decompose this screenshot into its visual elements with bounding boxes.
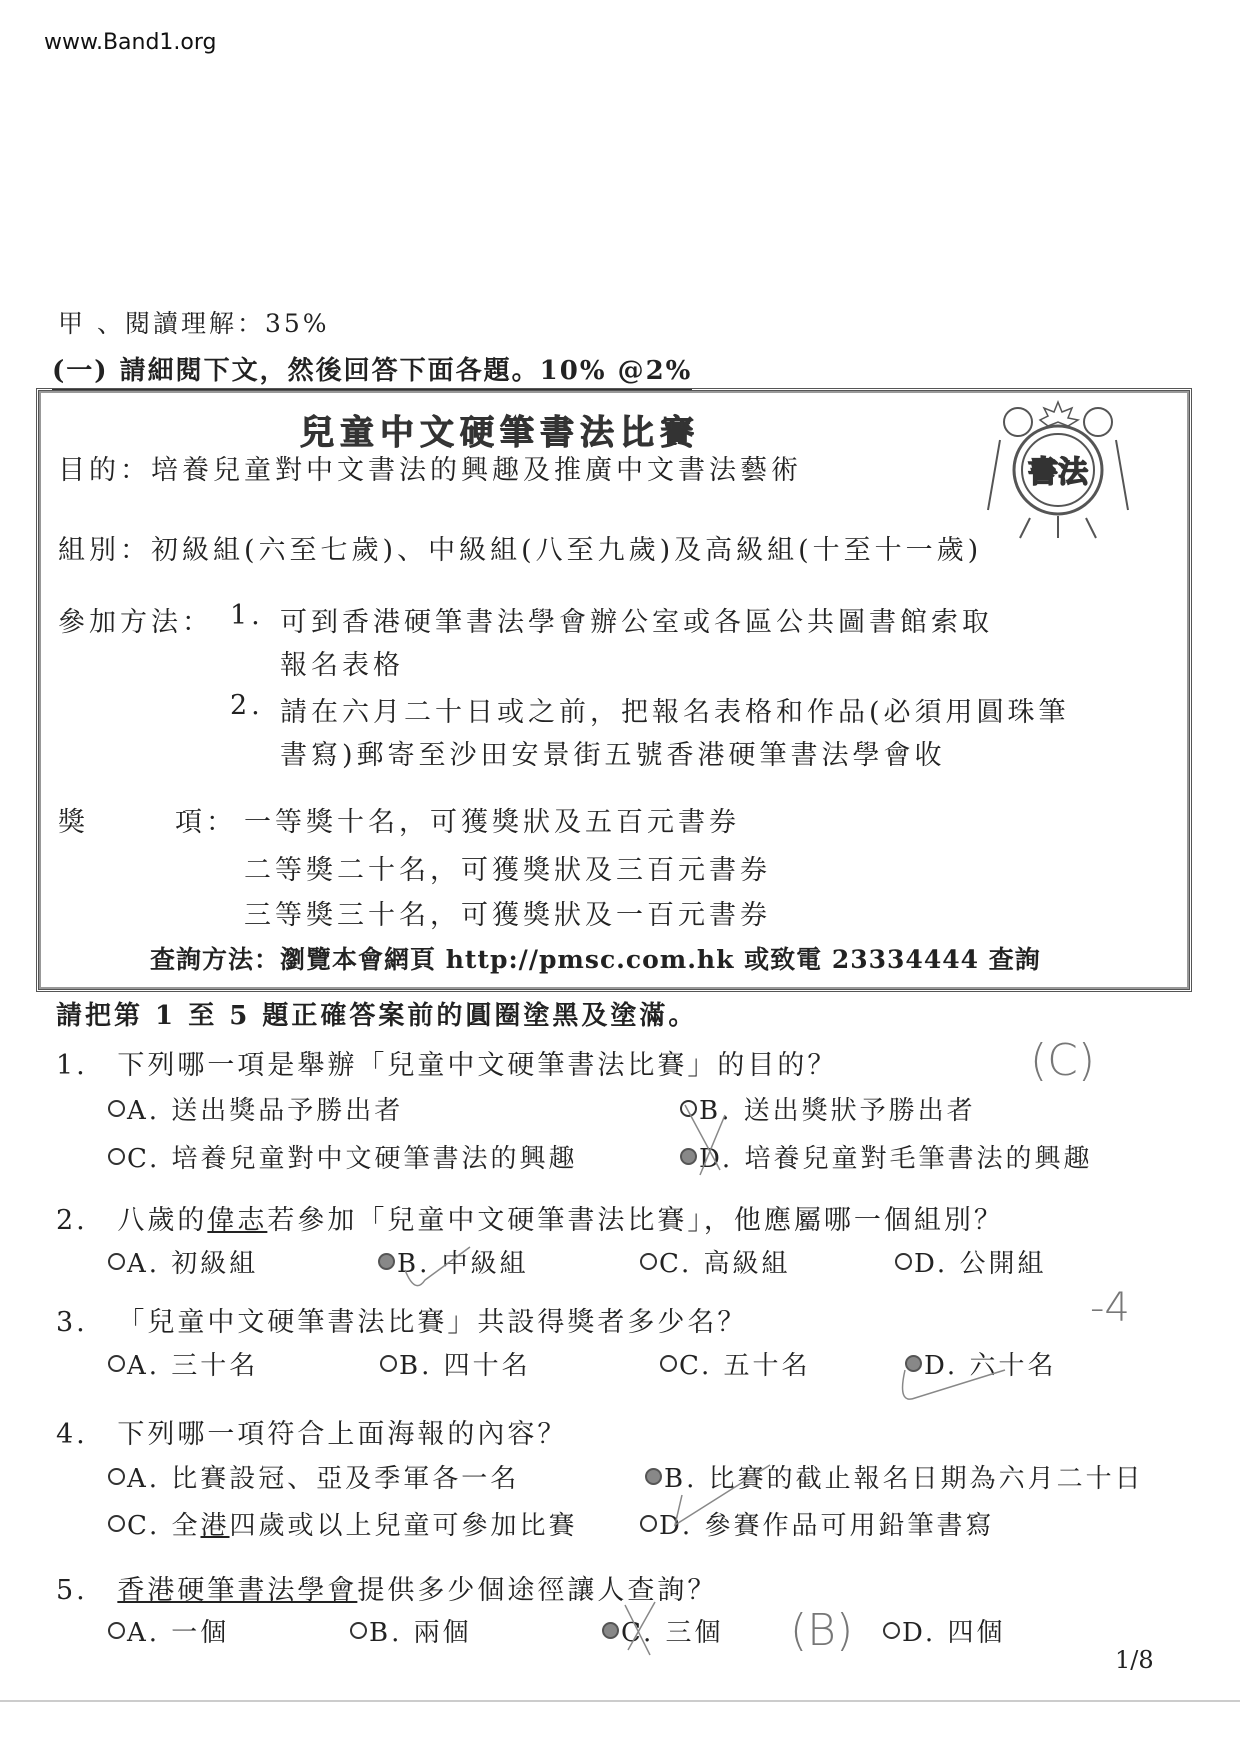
enquiry-method: 查詢方法：瀏覽本會網頁 http://pmsc.com.hk 或致電 23334…: [150, 940, 1041, 976]
question-1: 1. 下列哪一項是舉辦「兒童中文硬筆書法比賽」的目的？: [56, 1043, 837, 1082]
q4-option-a[interactable]: A. 比賽設冠、亞及季軍各一名: [108, 1458, 519, 1495]
method-2-line1: 請在六月二十日或之前，把報名表格和作品(必須用圓珠筆: [280, 690, 1070, 729]
answer-bubble[interactable]: [895, 1253, 912, 1270]
question-number: 3.: [56, 1307, 88, 1338]
underlined-name: 偉志: [207, 1205, 267, 1236]
watermark: www.Band1.org: [44, 30, 217, 55]
handwritten-mark: (B): [790, 1605, 853, 1656]
answer-bubble[interactable]: [108, 1148, 125, 1165]
handwritten-mark: -4: [1090, 1285, 1130, 1331]
question-number: 4.: [56, 1419, 88, 1450]
instruction: 請把第 1 至 5 題正確答案前的圓圈塗黑及塗滿。: [56, 995, 697, 1032]
question-2: 2. 八歲的偉志若參加「兒童中文硬筆書法比賽」，他應屬哪一個組別？: [56, 1198, 1004, 1237]
q2-option-c[interactable]: C. 高級組: [640, 1243, 791, 1280]
check-mark-icon: [660, 1460, 780, 1530]
prize-1: 一等獎十名，可獲獎狀及五百元書券: [244, 800, 740, 839]
question-3: 3. 「兒童中文硬筆書法比賽」共設得獎者多少名？: [56, 1300, 747, 1339]
q3-option-c[interactable]: C. 五十名: [660, 1345, 811, 1382]
method-2-number: 2.: [230, 690, 264, 721]
answer-bubble[interactable]: [108, 1100, 125, 1117]
section-title: 甲 、閱讀理解：35%: [58, 304, 330, 340]
question-text: 「兒童中文硬筆書法比賽」共設得獎者多少名？: [117, 1307, 747, 1338]
question-4: 4. 下列哪一項符合上面海報的內容？: [56, 1412, 567, 1451]
answer-bubble[interactable]: [380, 1355, 397, 1372]
cross-mark-icon: [620, 1600, 670, 1660]
poster-groups: 組別：初級組(六至七歲)、中級組(八至九歲)及高級組(十至十一歲): [58, 528, 982, 567]
handwritten-mark: (C): [1030, 1035, 1095, 1086]
method-1-line2: 報名表格: [280, 643, 404, 682]
poster-method-label: 參加方法：: [58, 600, 213, 639]
q3-option-a[interactable]: A. 三十名: [108, 1345, 258, 1382]
answer-bubble[interactable]: [108, 1355, 125, 1372]
q5-option-d[interactable]: D. 四個: [883, 1612, 1005, 1649]
q2-option-a[interactable]: A. 初級組: [108, 1243, 258, 1280]
poster-title: 兒童中文硬筆書法比賽: [300, 405, 700, 454]
q5-option-a[interactable]: A. 一個: [108, 1612, 229, 1649]
q5-option-b[interactable]: B. 兩個: [350, 1612, 472, 1649]
answer-bubble[interactable]: [108, 1515, 125, 1532]
section-subtitle: (一) 請細閱下文，然後回答下面各題。10% @2%: [52, 350, 692, 390]
underlined-org: 香港硬筆書法學會: [117, 1575, 357, 1606]
check-mark-icon: [895, 1360, 1015, 1410]
method-2-line2: 書寫)郵寄至沙田安景街五號香港硬筆書法學會收: [280, 733, 946, 772]
check-mark-icon: [400, 1245, 480, 1295]
answer-bubble[interactable]: [640, 1515, 657, 1532]
answer-bubble[interactable]: [108, 1468, 125, 1485]
logo-text: 書法: [1028, 455, 1089, 490]
prize-label-2: 項：: [175, 800, 237, 839]
prize-2: 二等獎二十名，可獲獎狀及三百元書券: [244, 848, 771, 887]
q1-option-d[interactable]: D. 培養兒童對毛筆書法的興趣: [680, 1138, 1092, 1175]
poster-purpose: 目的：培養兒童對中文書法的興趣及推廣中文書法藝術: [58, 448, 802, 487]
answer-bubble-filled[interactable]: [378, 1253, 395, 1270]
question-5: 5. 香港硬筆書法學會提供多少個途徑讓人查詢？: [56, 1568, 717, 1607]
calligraphy-logo-icon: 書法: [980, 400, 1130, 540]
answer-bubble[interactable]: [350, 1622, 367, 1639]
answer-bubble[interactable]: [660, 1355, 677, 1372]
page-divider: [0, 1700, 1240, 1702]
q2-option-d[interactable]: D. 公開組: [895, 1243, 1046, 1280]
answer-bubble[interactable]: [640, 1253, 657, 1270]
answer-bubble[interactable]: [108, 1622, 125, 1639]
question-number: 1.: [56, 1050, 88, 1081]
answer-bubble[interactable]: [108, 1253, 125, 1270]
question-number: 5.: [56, 1575, 88, 1606]
prize-3: 三等獎三十名，可獲獎狀及一百元書券: [244, 893, 771, 932]
question-text: 下列哪一項是舉辦「兒童中文硬筆書法比賽」的目的？: [117, 1050, 837, 1081]
q4-option-c[interactable]: C. 全港四歲或以上兒童可參加比賽: [108, 1505, 578, 1542]
page-number: 1/8: [1115, 1646, 1154, 1674]
question-text: 下列哪一項符合上面海報的內容？: [117, 1419, 567, 1450]
question-number: 2.: [56, 1205, 88, 1236]
q1-option-c[interactable]: C. 培養兒童對中文硬筆書法的興趣: [108, 1138, 578, 1175]
answer-bubble-filled[interactable]: [602, 1622, 619, 1639]
cross-mark-icon: [680, 1100, 740, 1180]
q3-option-b[interactable]: B. 四十名: [380, 1345, 531, 1382]
q1-option-a[interactable]: A. 送出獎品予勝出者: [108, 1090, 403, 1127]
answer-bubble[interactable]: [883, 1622, 900, 1639]
prize-label-1: 獎: [58, 800, 89, 839]
method-1-number: 1.: [230, 600, 264, 631]
method-1-line1: 可到香港硬筆書法學會辦公室或各區公共圖書館索取: [280, 600, 993, 639]
